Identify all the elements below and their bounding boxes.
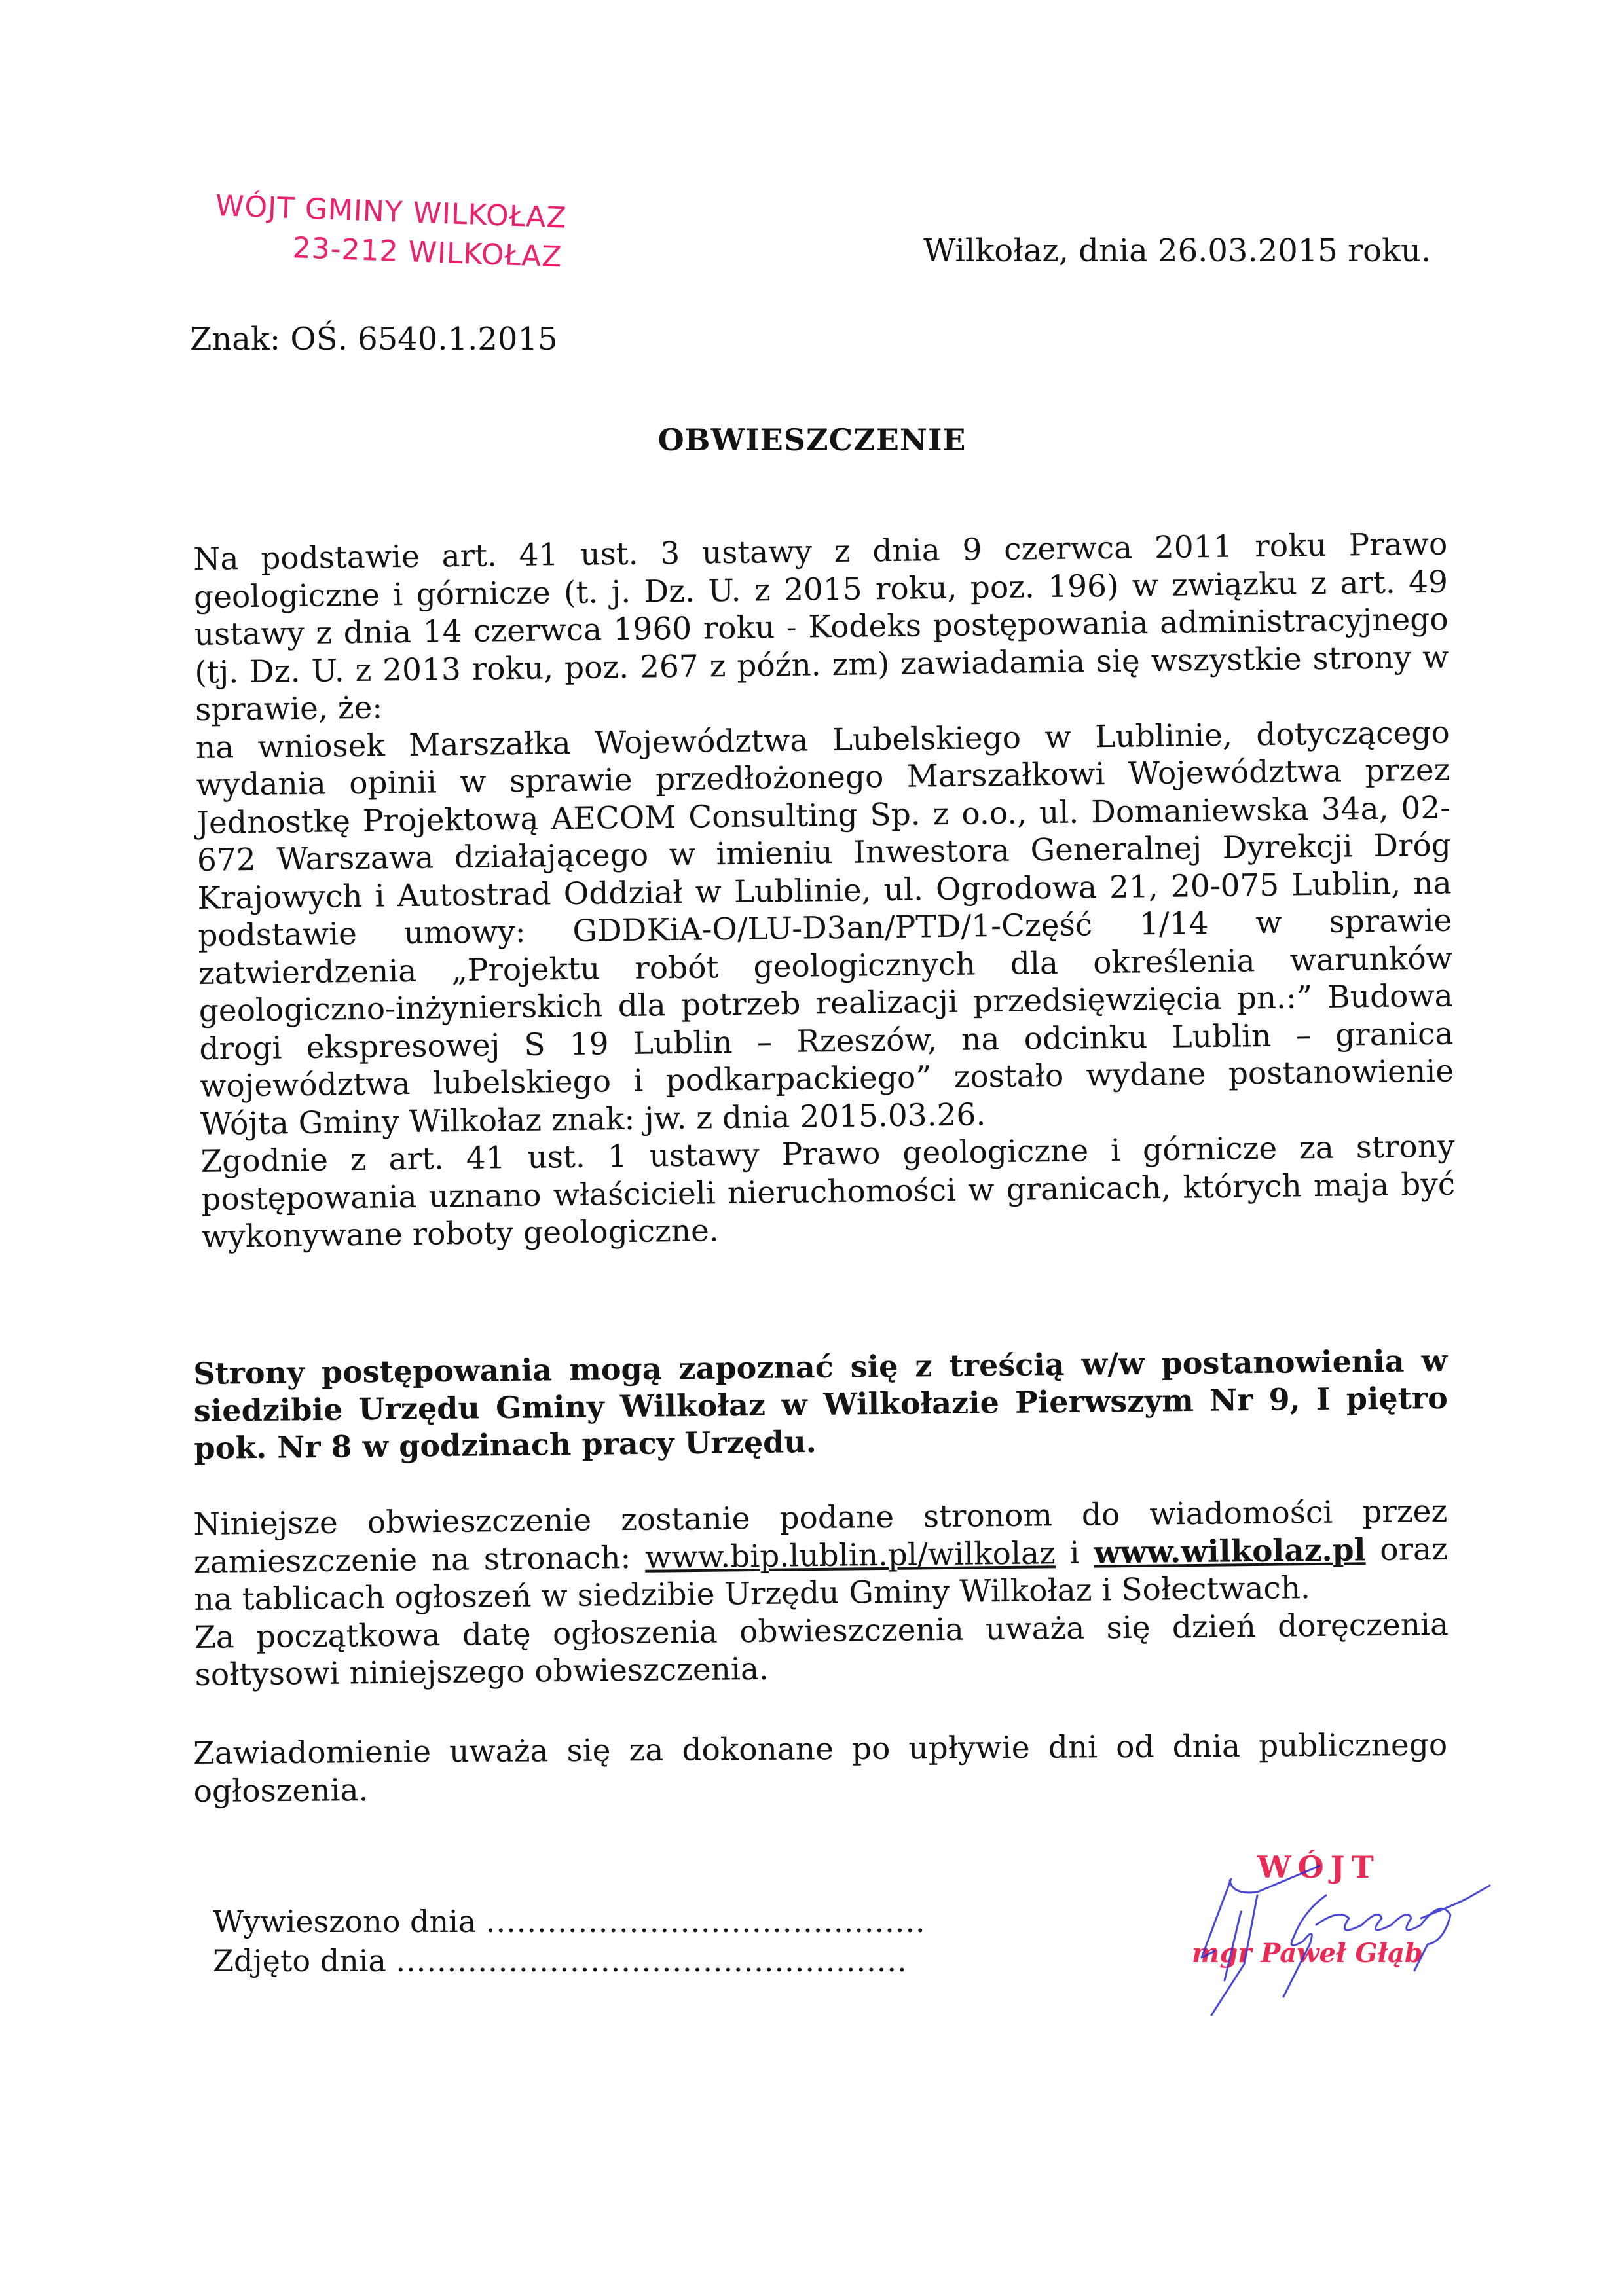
publication-notice: Niniejsze obwieszczenie zostanie podane … [193, 1493, 1449, 1694]
final-notice: Zawiadomienie uważa się za dokonane po u… [193, 1726, 1448, 1810]
access-notice-text: Strony postępowania mogą zapoznać się z … [193, 1342, 1449, 1467]
office-stamp: WÓJT GMINY WILKOŁAZ 23-212 WILKOŁAZ [213, 187, 568, 278]
posted-label: Wywieszono dnia [213, 1904, 486, 1939]
document-title: OBWIESZCZENIE [0, 422, 1624, 458]
final-notice-text: Zawiadomienie uważa się za dokonane po u… [193, 1726, 1448, 1810]
posted-date-field: ........................................… [486, 1904, 926, 1939]
start-date-paragraph: Za początkowa datę ogłoszenia obwieszcze… [194, 1605, 1449, 1694]
publication-paragraph: Niniejsze obwieszczenie zostanie podane … [193, 1493, 1449, 1619]
decision-paragraph: na wniosek Marszałka Województwa Lubelsk… [196, 714, 1455, 1143]
legal-basis-paragraph: Na podstawie art. 41 ust. 3 ustawy z dni… [193, 526, 1449, 729]
signature-block: WÓJT mgr Paweł Głąb [1153, 1833, 1493, 2030]
publication-conjunction: i [1055, 1535, 1094, 1571]
bip-link[interactable]: www.bip.lublin.pl/wilkolaz [645, 1535, 1056, 1576]
main-body: Na podstawie art. 41 ust. 3 ustawy z dni… [193, 526, 1456, 1256]
posting-record: Wywieszono dnia ........................… [213, 1902, 926, 1980]
wilkolaz-link[interactable]: www.wilkolaz.pl [1094, 1532, 1366, 1571]
handwritten-signature-icon [1153, 1833, 1493, 2030]
posted-line: Wywieszono dnia ........................… [213, 1902, 926, 1941]
place-and-date: Wilkołaz, dnia 26.03.2015 roku. [923, 232, 1431, 269]
removed-label: Zdjęto dnia [213, 1943, 396, 1978]
removed-line: Zdjęto dnia ............................… [213, 1941, 926, 1980]
reference-number: Znak: OŚ. 6540.1.2015 [190, 321, 558, 357]
parties-paragraph: Zgodnie z art. 41 ust. 1 ustawy Prawo ge… [200, 1128, 1456, 1256]
access-notice: Strony postępowania mogą zapoznać się z … [193, 1342, 1449, 1467]
removed-date-field: ........................................… [396, 1943, 908, 1978]
